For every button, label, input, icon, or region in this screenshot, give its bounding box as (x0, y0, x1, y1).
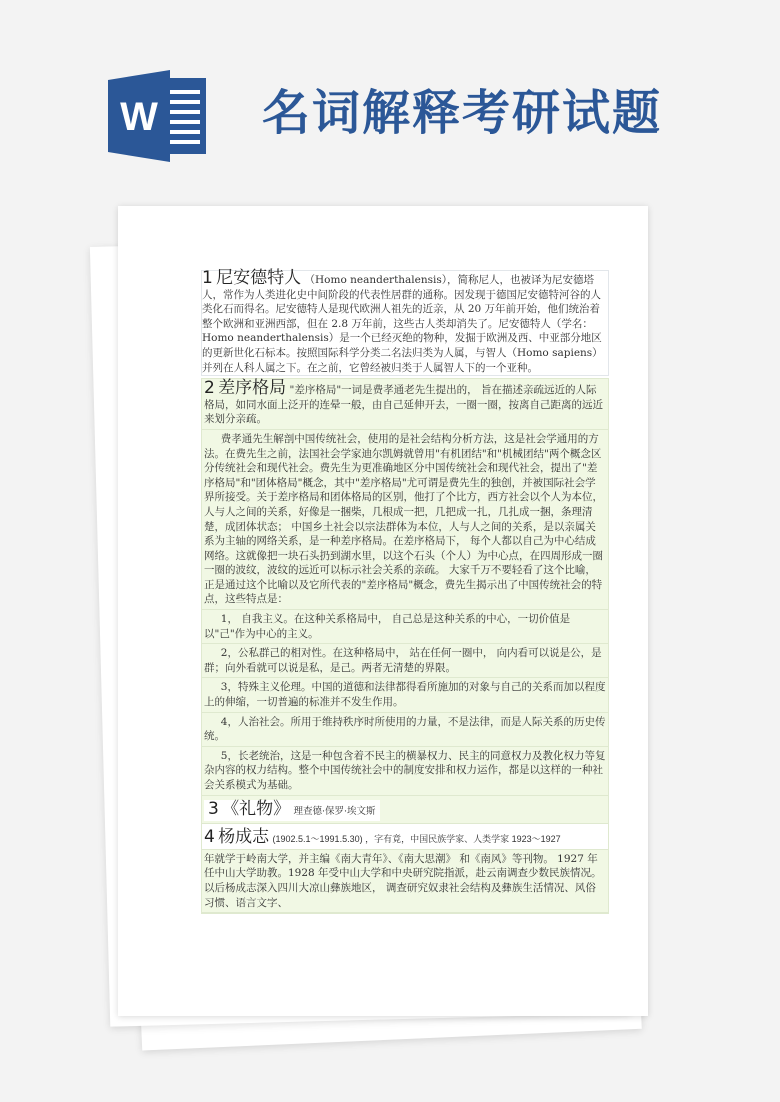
section-neanderthal: 1 尼安德特人 （Homo neanderthalensis），简称尼人，也被译… (201, 270, 609, 376)
section-gift: 3 《礼物》 理查德·保罗·埃文斯 (202, 796, 608, 825)
point-item: 1， 自我主义。在这种关系格局中， 自己总是这种关系的中心，一切价值是以"己"作… (202, 610, 608, 644)
point-item: 4，人治社会。所用于维持秩序时所使用的力量，不是法律，而是人际关系的历史传统。 (202, 713, 608, 747)
section-body: （Homo neanderthalensis），简称尼人，也被译为尼安德塔人，常… (202, 274, 603, 374)
section-yang-chengzhi: 4 杨成志 (1902.5.1～1991.5.30) ，字有竟，中国民族学家、人… (202, 824, 608, 850)
point-item: 5，长老统治，这是一种包含着不民主的横暴权力、民主的同意权力及教化权力等复杂内容… (202, 747, 608, 796)
point-item: 2，公私群己的相对性。在这种格局中， 站在任何一圈中， 向内看可以说是公，是群；… (202, 644, 608, 678)
section-heading: 尼安德特人 (216, 268, 301, 288)
section-chaxu-geju: 2 差序格局 "差序格局"一词是费孝通老先生提出的， 旨在描述亲疏远近的人际格局… (201, 378, 609, 914)
document-content: 1 尼安德特人 （Homo neanderthalensis），简称尼人，也被译… (201, 270, 609, 914)
word-document-icon: W (108, 70, 208, 162)
section-first-line: (1902.5.1～1991.5.30) ，字有竟，中国民族学家、人类学家 19… (273, 834, 561, 844)
word-icon-letter: W (120, 95, 158, 139)
header: W 名词解释考研试题 (0, 0, 780, 200)
section-number: 3 (208, 799, 219, 819)
section-body: 费孝通先生解剖中国传统社会，使用的是社会结构分析方法，这是社会学通用的方法。在费… (202, 430, 608, 610)
section-heading: 杨成志 (218, 827, 269, 847)
section-number: 1 (202, 268, 213, 288)
section-number: 2 (204, 378, 215, 398)
section-number: 4 (204, 827, 215, 847)
section-heading: 《礼物》 (222, 799, 290, 819)
section-body: 年就学于岭南大学，并主编《南大青年》、《南大思潮》 和《南风》等刊物。 1927… (202, 850, 608, 913)
section-subtitle: 理查德·保罗·埃文斯 (294, 806, 376, 817)
point-item: 3，特殊主义伦理。中国的道德和法律都得看所施加的对象与自己的关系而加以程度上的伸… (202, 678, 608, 712)
page-title: 名词解释考研试题 (262, 74, 662, 143)
section-heading: 差序格局 (218, 378, 286, 398)
